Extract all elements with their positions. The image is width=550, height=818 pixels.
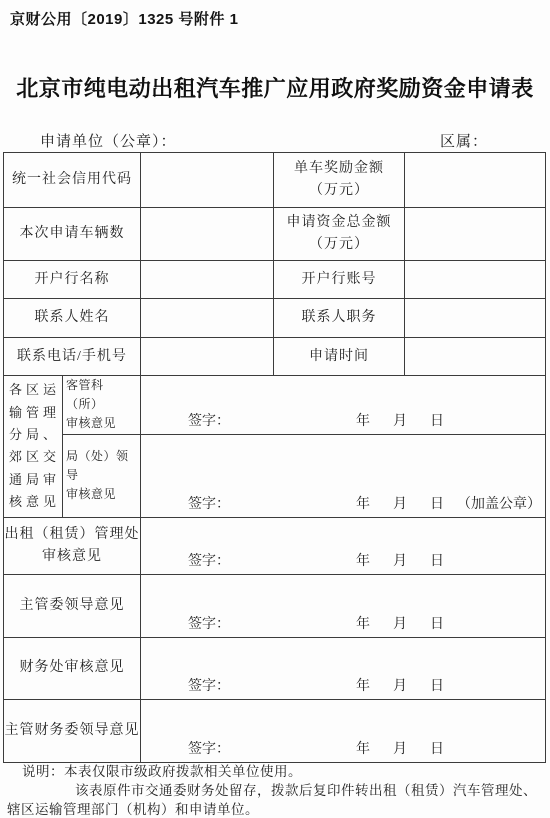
signature-label: 签字： [188,550,230,570]
table-row: 联系人姓名 联系人职务 [4,299,546,338]
field-label-per-vehicle-reward: 单车奖励金额 （万元） [274,153,405,208]
applicant-unit-label: 申请单位（公章）： [40,130,177,151]
day-label: 日 [430,493,444,513]
field-value-contact-position [405,299,546,338]
signature-cell-taxi-division: 签字： 年 月 日 [141,517,546,574]
field-label-total-fund: 申请资金总金额 （万元） [274,208,405,261]
field-value-contact-phone [141,338,274,376]
year-label: 年 [356,410,370,430]
year-label: 年 [356,550,370,570]
table-row: 统一社会信用代码 单车奖励金额 （万元） [4,153,546,208]
field-label-bank-name: 开户行名称 [4,261,141,299]
table-row: 财务处审核意见 签字： 年 月 日 [4,637,546,699]
day-label: 日 [430,738,444,758]
signature-line: 签字： 年 月 日 [141,738,545,755]
field-value-credit-code [141,153,274,208]
signature-cell-finance-commission-leader: 签字： 年 月 日 [141,699,546,762]
month-label: 月 [393,675,407,695]
review-label-passenger-section: 客管科（所） 审核意见 [63,376,141,435]
district-label: 区属： [440,130,488,151]
form-subheader: 申请单位（公章）： 区属： [0,130,550,150]
signature-line: 签字： 年 月 日 （加盖公章） [141,493,545,510]
field-value-contact-name [141,299,274,338]
application-form-table: 统一社会信用代码 单车奖励金额 （万元） 本次申请车辆数 申请资金总金额 （万元… [3,152,546,763]
table-row: 各区运输管理分局、郊区交通局审核意见 客管科（所） 审核意见 签字： 年 月 日 [4,376,546,435]
field-value-bank-name [141,261,274,299]
signature-line: 签字： 年 月 日 [141,410,545,427]
month-label: 月 [393,738,407,758]
field-value-apply-date [405,338,546,376]
table-row: 本次申请车辆数 申请资金总金额 （万元） [4,208,546,261]
table-row: 主管财务委领导意见 签字： 年 月 日 [4,699,546,762]
document-page: 京财公用〔2019〕1325 号附件 1 北京市纯电动出租汽车推广应用政府奖励资… [0,0,550,818]
review-group-label-district-bureau: 各区运输管理分局、郊区交通局审核意见 [4,376,63,518]
footnote-line: 该表原件市交通委财务处留存，拨款后复印件转出租（租赁）汽车管理处、 [0,781,548,800]
signature-label: 签字： [188,675,230,695]
day-label: 日 [430,613,444,633]
table-row: 出租（租赁）管理处 审核意见 签字： 年 月 日 [4,517,546,574]
month-label: 月 [393,410,407,430]
day-label: 日 [430,410,444,430]
signature-line: 签字： 年 月 日 [141,675,545,692]
year-label: 年 [356,613,370,633]
signature-cell-finance-division: 签字： 年 月 日 [141,637,546,699]
signature-cell-commission-leader: 签字： 年 月 日 [141,574,546,637]
month-label: 月 [393,613,407,633]
review-label-bureau-leader: 局（处）领导 审核意见 [63,434,141,517]
signature-line: 签字： 年 月 日 [141,550,545,567]
table-row: 主管委领导意见 签字： 年 月 日 [4,574,546,637]
field-label-credit-code: 统一社会信用代码 [4,153,141,208]
table-row: 联系电话/手机号 申请时间 [4,338,546,376]
signature-cell-bureau-leader: 签字： 年 月 日 （加盖公章） [141,434,546,517]
signature-label: 签字： [188,613,230,633]
month-label: 月 [393,493,407,513]
review-label-finance-division: 财务处审核意见 [4,637,141,699]
field-label-apply-date: 申请时间 [274,338,405,376]
field-value-vehicle-count [141,208,274,261]
signature-label: 签字： [188,493,230,513]
seal-note: （加盖公章） [457,493,541,513]
year-label: 年 [356,675,370,695]
day-label: 日 [430,675,444,695]
day-label: 日 [430,550,444,570]
review-label-finance-commission-leader: 主管财务委领导意见 [4,699,141,762]
table-row: 局（处）领导 审核意见 签字： 年 月 日 （加盖公章） [4,434,546,517]
footnote-line: 辖区运输管理部门（机构）和申请单位。 [0,800,548,818]
field-label-vehicle-count: 本次申请车辆数 [4,208,141,261]
field-value-total-fund [405,208,546,261]
table-row: 开户行名称 开户行账号 [4,261,546,299]
field-value-per-vehicle-reward [405,153,546,208]
field-value-bank-account [405,261,546,299]
signature-line: 签字： 年 月 日 [141,613,545,630]
signature-cell-passenger-section: 签字： 年 月 日 [141,376,546,435]
form-title: 北京市纯电动出租汽车推广应用政府奖励资金申请表 [0,72,550,103]
month-label: 月 [393,550,407,570]
year-label: 年 [356,738,370,758]
field-label-bank-account: 开户行账号 [274,261,405,299]
review-label-commission-leader: 主管委领导意见 [4,574,141,637]
field-label-contact-name: 联系人姓名 [4,299,141,338]
signature-label: 签字： [188,410,230,430]
field-label-contact-position: 联系人职务 [274,299,405,338]
year-label: 年 [356,493,370,513]
footnote: 说明：本表仅限市级政府拨款相关单位使用。 该表原件市交通委财务处留存，拨款后复印… [0,762,548,818]
doc-number: 京财公用〔2019〕1325 号附件 1 [10,8,238,29]
signature-label: 签字： [188,738,230,758]
footnote-line: 说明：本表仅限市级政府拨款相关单位使用。 [0,762,548,781]
review-label-taxi-division: 出租（租赁）管理处 审核意见 [4,517,141,574]
field-label-contact-phone: 联系电话/手机号 [4,338,141,376]
